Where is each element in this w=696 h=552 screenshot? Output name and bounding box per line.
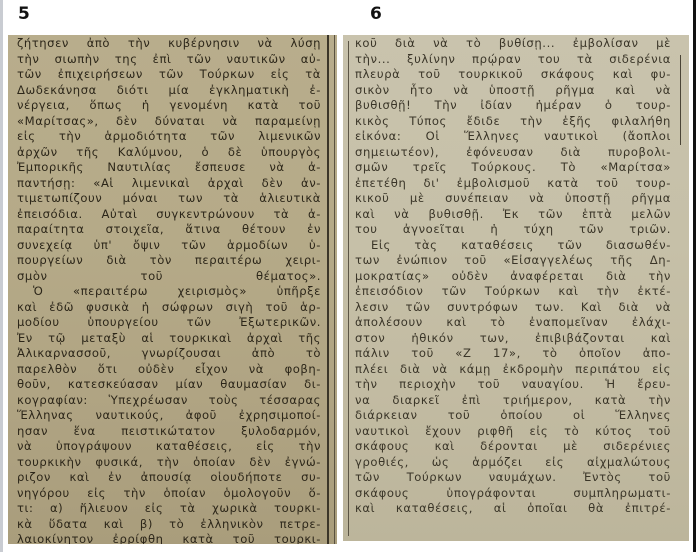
text-line: σκάφους ὑπογράφονται συμπληρωματι-	[355, 486, 671, 502]
text-line: ζήτησεν ἀπὸ τὴν κυβέρνησιν νὰ λύσῃ	[17, 36, 321, 52]
text-line: πουργείων διὰ τὸν περαιτέρω χειρι-	[17, 253, 321, 269]
text-line: κὰ ὕδατα καὶ β) τὸ ἑλληνικὸν πετρε-	[17, 517, 321, 533]
text-line: Ἀλικαρνασσοῦ, γνωρίζουσαι ἀπὸ τὸ	[17, 346, 321, 362]
text-line: συνεχείᾳ ὑπ' ὄψιν τῶν ἁρμοδίων ὑ-	[17, 238, 321, 254]
text-line: τουρκικὴν φυσικά, τὴν ὁποίαν δὲν ἐγνώ-	[17, 455, 321, 471]
text-line: τι: α) ἥλιευον εἰς τὰ χωρικὰ τουρκι-	[17, 501, 321, 517]
text-line: κικὸς Τύπος ἔδιδε τὴν ἑξῆς φιλαλήθη	[355, 114, 671, 130]
text-line: λαιοκίνητον ἐρρίφθη κατὰ τοῦ τουρκι-	[17, 532, 321, 544]
text-line: Ἕλληνας ναυτικούς, ἀφοῦ ἐχρησιμοποί-	[17, 408, 321, 424]
text-line: παντήσῃ: «Αἱ λιμενικαὶ ἀρχαὶ δὲν ἀν-	[17, 176, 321, 192]
text-line: τῶν Τούρκων ναυμάχων. Ἐντὸς τοῦ	[355, 470, 671, 486]
article-text-column: κοῦ διὰ νὰ τὸ βυθίσῃ... ἐμβολίσαν μὲτὴν.…	[355, 36, 671, 517]
text-line: Εἰς τὰς καταθέσεις τῶν διασωθέν-	[355, 238, 671, 254]
page-number-6: 6	[370, 4, 382, 24]
text-line: σικὸν ἦτο νὰ ὑποστῇ ρῆγμα καὶ νὰ	[355, 83, 671, 99]
text-line: μοκρατίας» οὐδὲν ἀναφέρεται διὰ τὴν	[355, 269, 671, 285]
text-line: τὴν περιοχὴν τοῦ ναυαγίου. Ἡ ἔρευ-	[355, 377, 671, 393]
text-line: καὶ καταθέσεις, αἱ ὁποῖαι θὰ ἐπιτρέ-	[355, 501, 671, 517]
column-rule	[348, 41, 349, 536]
text-line: κογραφίαν: Ὑπεχρέωσαν τοὺς τέσσαρας	[17, 393, 321, 409]
text-line: γροθιές, ὡς ἁρμόζει εἰς αἰχμαλώτους	[355, 455, 671, 471]
text-line: Ἐν τῷ μεταξὺ αἱ τουρκικαὶ ἀρχαὶ τῆς	[17, 331, 321, 347]
text-line: Δωδεκάνησα διότι μία ἐγκληματικὴ ἐ-	[17, 83, 321, 99]
text-line: ναυτικοὶ ἔχουν ριφθῆ εἰς τὸ κύτος τοῦ	[355, 424, 671, 440]
text-line: σμῶν τρεῖς Τούρκους. Τὸ «Μαρίτσα»	[355, 160, 671, 176]
text-line: του ἀγνοεῖται ἡ τύχη τῶν τριῶν.	[355, 222, 671, 238]
text-line: πλευρὰ τοῦ τουρκικοῦ σκάφους καὶ φυ-	[355, 67, 671, 83]
text-line: μοδίου ὑπουργείου τῶν Ἐξωτερικῶν.	[17, 315, 321, 331]
text-line: εἰκόνα: Οἱ Ἕλληνες ναυτικοὶ (ἄοπλοι	[355, 129, 671, 145]
text-line: νηγόρου εἰς τὴν ὁποίαν ὁμολογοῦν ὅ-	[17, 486, 321, 502]
text-line: στον ἠθικόν των, ἐπιβιβάζονται καὶ	[355, 331, 671, 347]
page-number-5: 5	[18, 4, 30, 24]
newspaper-clipping-page-6: κοῦ διὰ νὰ τὸ βυθίσῃ... ἐμβολίσαν μὲτὴν.…	[343, 35, 689, 541]
text-line: ἐπεισόδια. Αὐταὶ συγκεντρώνουν τὰ ἀ-	[17, 207, 321, 223]
text-line: νέργεια, ὅπως ἡ γενομένη κατὰ τοῦ	[17, 98, 321, 114]
text-line: «Μαρίτσας», δὲν δύναται νὰ παραμείνῃ	[17, 114, 321, 130]
text-line: Ὁ «περαιτέρω χειρισμὸς» ὑπῆρξε	[17, 284, 321, 300]
text-line: παραίτητα στοιχεῖα, ἅτινα θέτουν ἐν	[17, 222, 321, 238]
text-line: σημειωτέον), ἐφόνευσαν διὰ πυροβολι-	[355, 145, 671, 161]
text-line: ἐπετέθη δι' ἐμβολισμοῦ κατὰ τοῦ τουρ-	[355, 176, 671, 192]
text-line: κοῦ διὰ νὰ τὸ βυθίσῃ... ἐμβολίσαν μὲ	[355, 36, 671, 52]
text-line: νὰ ὑπογράψουν καταθέσεις, εἰς τὴν	[17, 439, 321, 455]
column-rule	[680, 55, 681, 145]
text-line: ησαν ἕνα πειστικώτατον ξυλοδαρμόν,	[17, 424, 321, 440]
text-line: σμὸν τοῦ θέματος».	[17, 269, 321, 285]
text-line: τιμετωπίζουν μόναι των τὰ ἁλιευτικὰ	[17, 191, 321, 207]
article-text-column: ζήτησεν ἀπὸ τὴν κυβέρνησιν νὰ λύσῃτὴν σι…	[17, 36, 321, 544]
text-line: ἐπεισόδιον τῶν Τούρκων καὶ τὴν ἐκτέ-	[355, 284, 671, 300]
text-line: τῶν ἐπιχειρήσεων τῶν Τούρκων εἰς τὰ	[17, 67, 321, 83]
text-line: ἀρχῶν τῆς Καλύμνου, ὁ δὲ ὑπουργὸς	[17, 145, 321, 161]
text-line: θοῦν, κατεσκεύασαν μίαν θαυμασίαν δι-	[17, 377, 321, 393]
text-line: καὶ ἐδῶ φυσικὰ ἡ σώφρων σιγὴ τοῦ ἁρ-	[17, 300, 321, 316]
text-line: λεσιν τῶν συντρόφων των. Καὶ διὰ νὰ	[355, 300, 671, 316]
text-line: τὴν... ξυλίνην πρῴραν του τὰ σιδερένια	[355, 52, 671, 68]
text-line: παρελθὸν ὅτι οὐδὲν εἶχον νὰ φοβη-	[17, 362, 321, 378]
text-line: σκάφους καὶ δέρονται μὲ σιδερένιες	[355, 439, 671, 455]
text-line: ριζον καὶ ἐν ἀπουσίᾳ οἱουδήποτε συ-	[17, 470, 321, 486]
text-line: πλέει διὰ νὰ κάμῃ ἐκδρομὴν περιπάτου εἰς	[355, 362, 671, 378]
text-line: διάρκειαν τοῦ ὁποίου οἱ Ἕλληνες	[355, 408, 671, 424]
newspaper-clipping-page-5: ζήτησεν ἀπὸ τὴν κυβέρνησιν νὰ λύσῃτὴν σι…	[8, 35, 337, 544]
text-line: ἀπολέσουν καὶ τὸ ἐναπομεῖναν ἐλάχι-	[355, 315, 671, 331]
text-line: καὶ νὰ βυθισθῇ. Ἐκ τῶν ἑπτὰ μελῶν	[355, 207, 671, 223]
text-line: να διαρκεῖ ἐπὶ τριήμερον, κατὰ τὴν	[355, 393, 671, 409]
column-rule	[334, 35, 335, 544]
text-line: πάλιν τοῦ «Ζ 17», τὸ ὁποῖον ἀπο-	[355, 346, 671, 362]
window-left-edge	[0, 0, 3, 552]
text-line: τὴν σιωπὴν της ἐπὶ τῶν ναυτικῶν αὐ-	[17, 52, 321, 68]
text-line: κικοῦ μὲ συνέπειαν νὰ ὑποστῇ ρῆγμα	[355, 191, 671, 207]
text-line: των ἐνώπιον τοῦ «Εἰσαγγελέως τῆς Δη-	[355, 253, 671, 269]
text-line: βυθισθῇ! Τὴν ἰδίαν ἡμέραν ὁ τουρ-	[355, 98, 671, 114]
column-rule	[327, 35, 329, 544]
text-line: εἰς τὴν ἁρμοδιότητα τῶν λιμενικῶν	[17, 129, 321, 145]
text-line: Ἐμπορικῆς Ναυτιλίας ἔσπευσε νὰ ἀ-	[17, 160, 321, 176]
